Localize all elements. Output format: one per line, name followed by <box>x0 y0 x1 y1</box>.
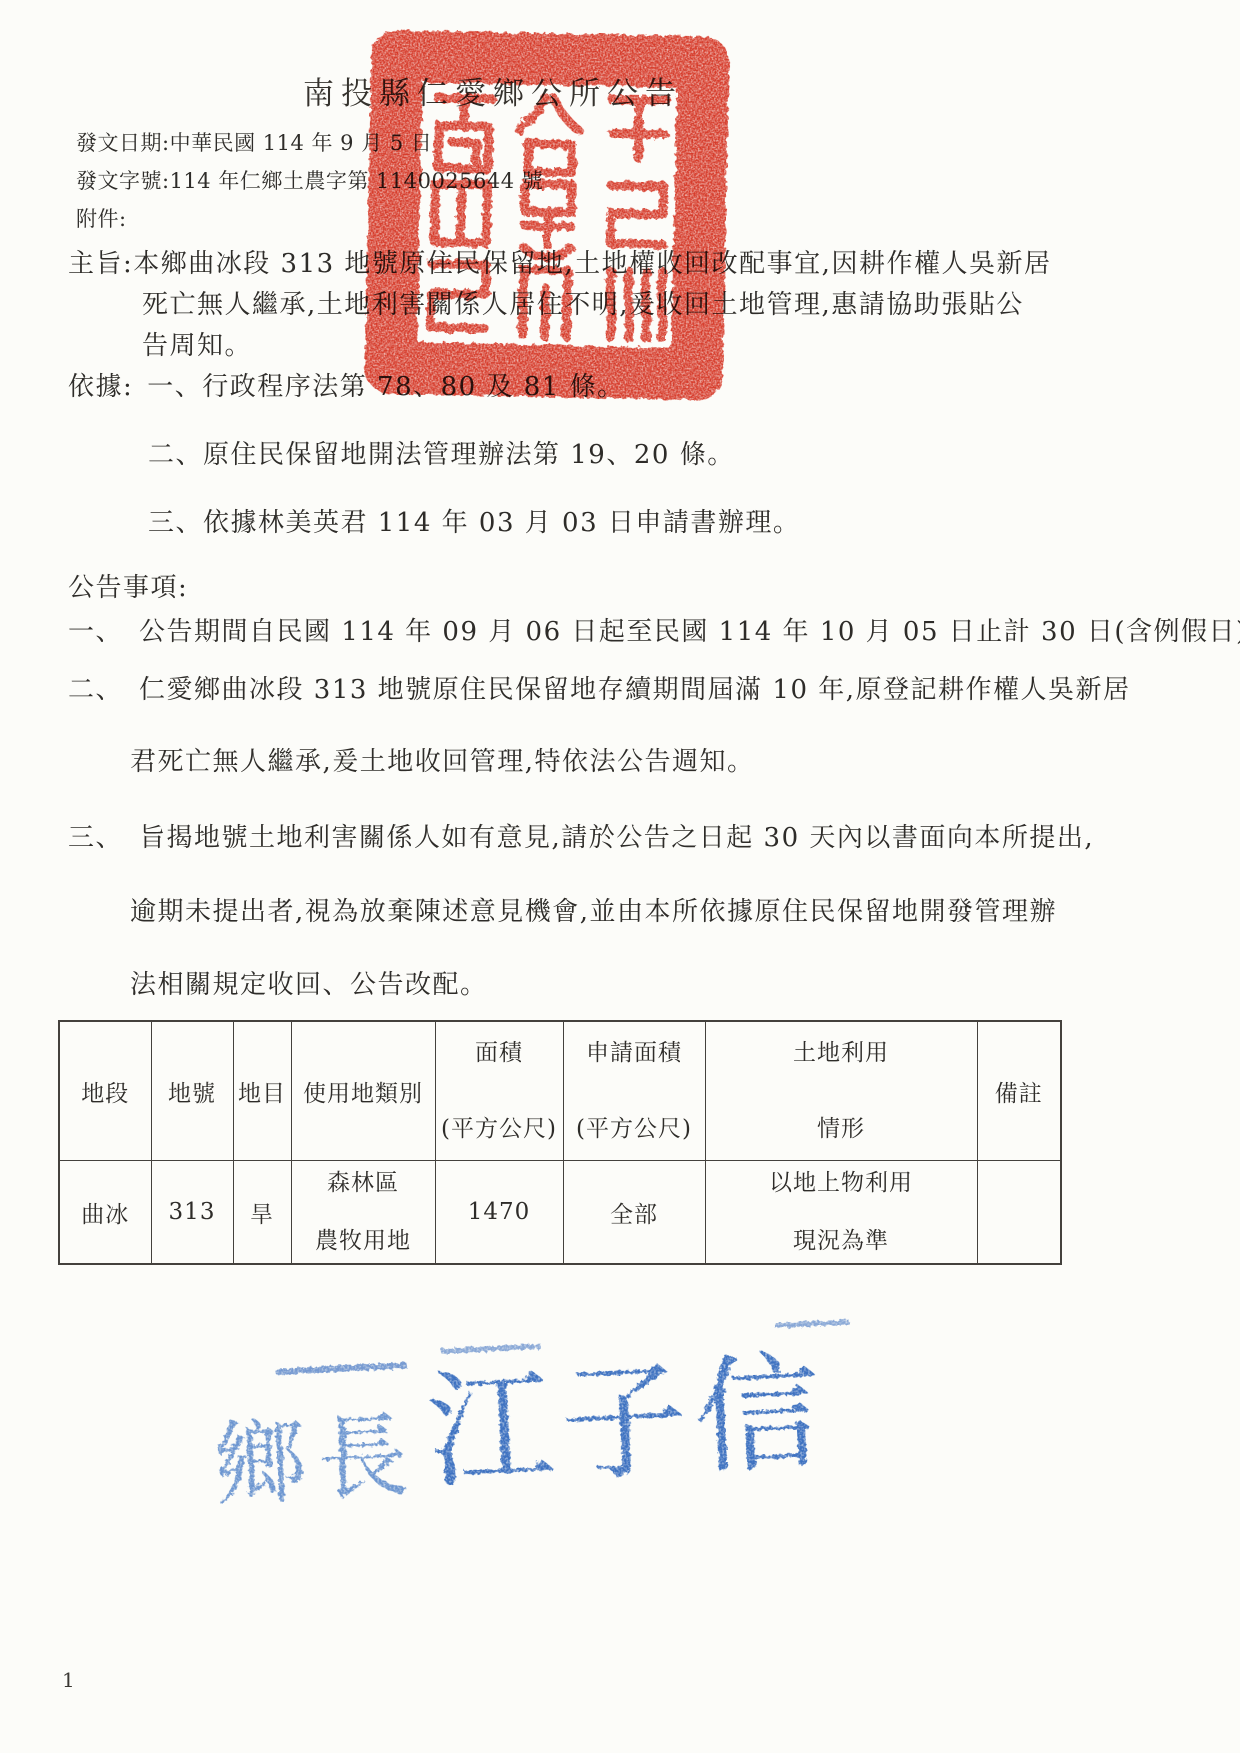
header-land-use: 土地利用情形 <box>705 1021 977 1161</box>
cell-remark <box>977 1161 1061 1265</box>
cell-land-use: 以地上物利用現況為準 <box>705 1161 977 1265</box>
cell-use-type: 森林區農牧用地 <box>291 1161 435 1265</box>
basis-line-3: 三、依據林美英君 114 年 03 月 03 日申請書辦理。 <box>148 505 800 542</box>
cell-category: 旱 <box>233 1161 291 1265</box>
signature-title: 鄉長 <box>212 1402 421 1520</box>
cell-area: 1470 <box>435 1161 563 1265</box>
land-parcel-table: 地段 地號 地目 使用地類別 面積(平方公尺) 申請面積(平方公尺) 土地利用情… <box>58 1020 1062 1265</box>
announcement-item-3-line-3: 法相關規定收回、公告改配。 <box>130 967 488 1004</box>
mayor-signature-stamp-icon: 鄉長 江子信 <box>205 1318 905 1533</box>
basis-label: 依據: <box>68 372 133 402</box>
header-category: 地目 <box>233 1021 291 1161</box>
table-data-row: 曲冰 313 旱 森林區農牧用地 1470 全部 以地上物利用現況為準 <box>59 1161 1061 1265</box>
header-section: 地段 <box>59 1021 151 1161</box>
announcement-item-2-line-2: 君死亡無人繼承,爰土地收回管理,特依法公告週知。 <box>130 744 755 781</box>
scanned-announcement-page: 南投縣仁愛鄉公所公告 發文日期:中華民國 114 年 9 月 5 日 發文字號:… <box>0 0 1240 1753</box>
header-number: 地號 <box>151 1021 233 1161</box>
page-number: 1 <box>62 1668 75 1692</box>
announcement-item-1: 一、公告期間自民國 114 年 09 月 06 日起至民國 114 年 10 月… <box>68 614 1240 651</box>
table-header-row: 地段 地號 地目 使用地類別 面積(平方公尺) 申請面積(平方公尺) 土地利用情… <box>59 1021 1061 1161</box>
announcement-item-3-line-2: 逾期未提出者,視為放棄陳述意見機會,並由本所依據原住民保留地開發管理辦 <box>130 894 1057 931</box>
signature-name: 江子信 <box>423 1338 832 1506</box>
cell-section: 曲冰 <box>59 1161 151 1265</box>
cell-applied-area: 全部 <box>563 1161 705 1265</box>
official-seal-stamp-icon <box>363 28 731 401</box>
announcement-item-2-line-1: 二、仁愛鄉曲冰段 313 地號原住民保留地存續期間屆滿 10 年,原登記耕作權人… <box>68 672 1131 709</box>
announcement-heading: 公告事項: <box>68 570 188 607</box>
header-applied-area: 申請面積(平方公尺) <box>563 1021 705 1161</box>
basis-line-2: 二、原住民保留地開法管理辦法第 19、20 條。 <box>148 437 735 474</box>
header-use-type: 使用地類別 <box>291 1021 435 1161</box>
subject-line-3: 告周知。 <box>142 328 252 365</box>
cell-number: 313 <box>151 1161 233 1265</box>
header-remark: 備註 <box>977 1021 1061 1161</box>
announcement-item-3-line-1: 三、旨揭地號土地利害關係人如有意見,請於公告之日起 30 天內以書面向本所提出, <box>68 820 1094 857</box>
subject-label: 主旨: <box>68 249 133 279</box>
header-area: 面積(平方公尺) <box>435 1021 563 1161</box>
